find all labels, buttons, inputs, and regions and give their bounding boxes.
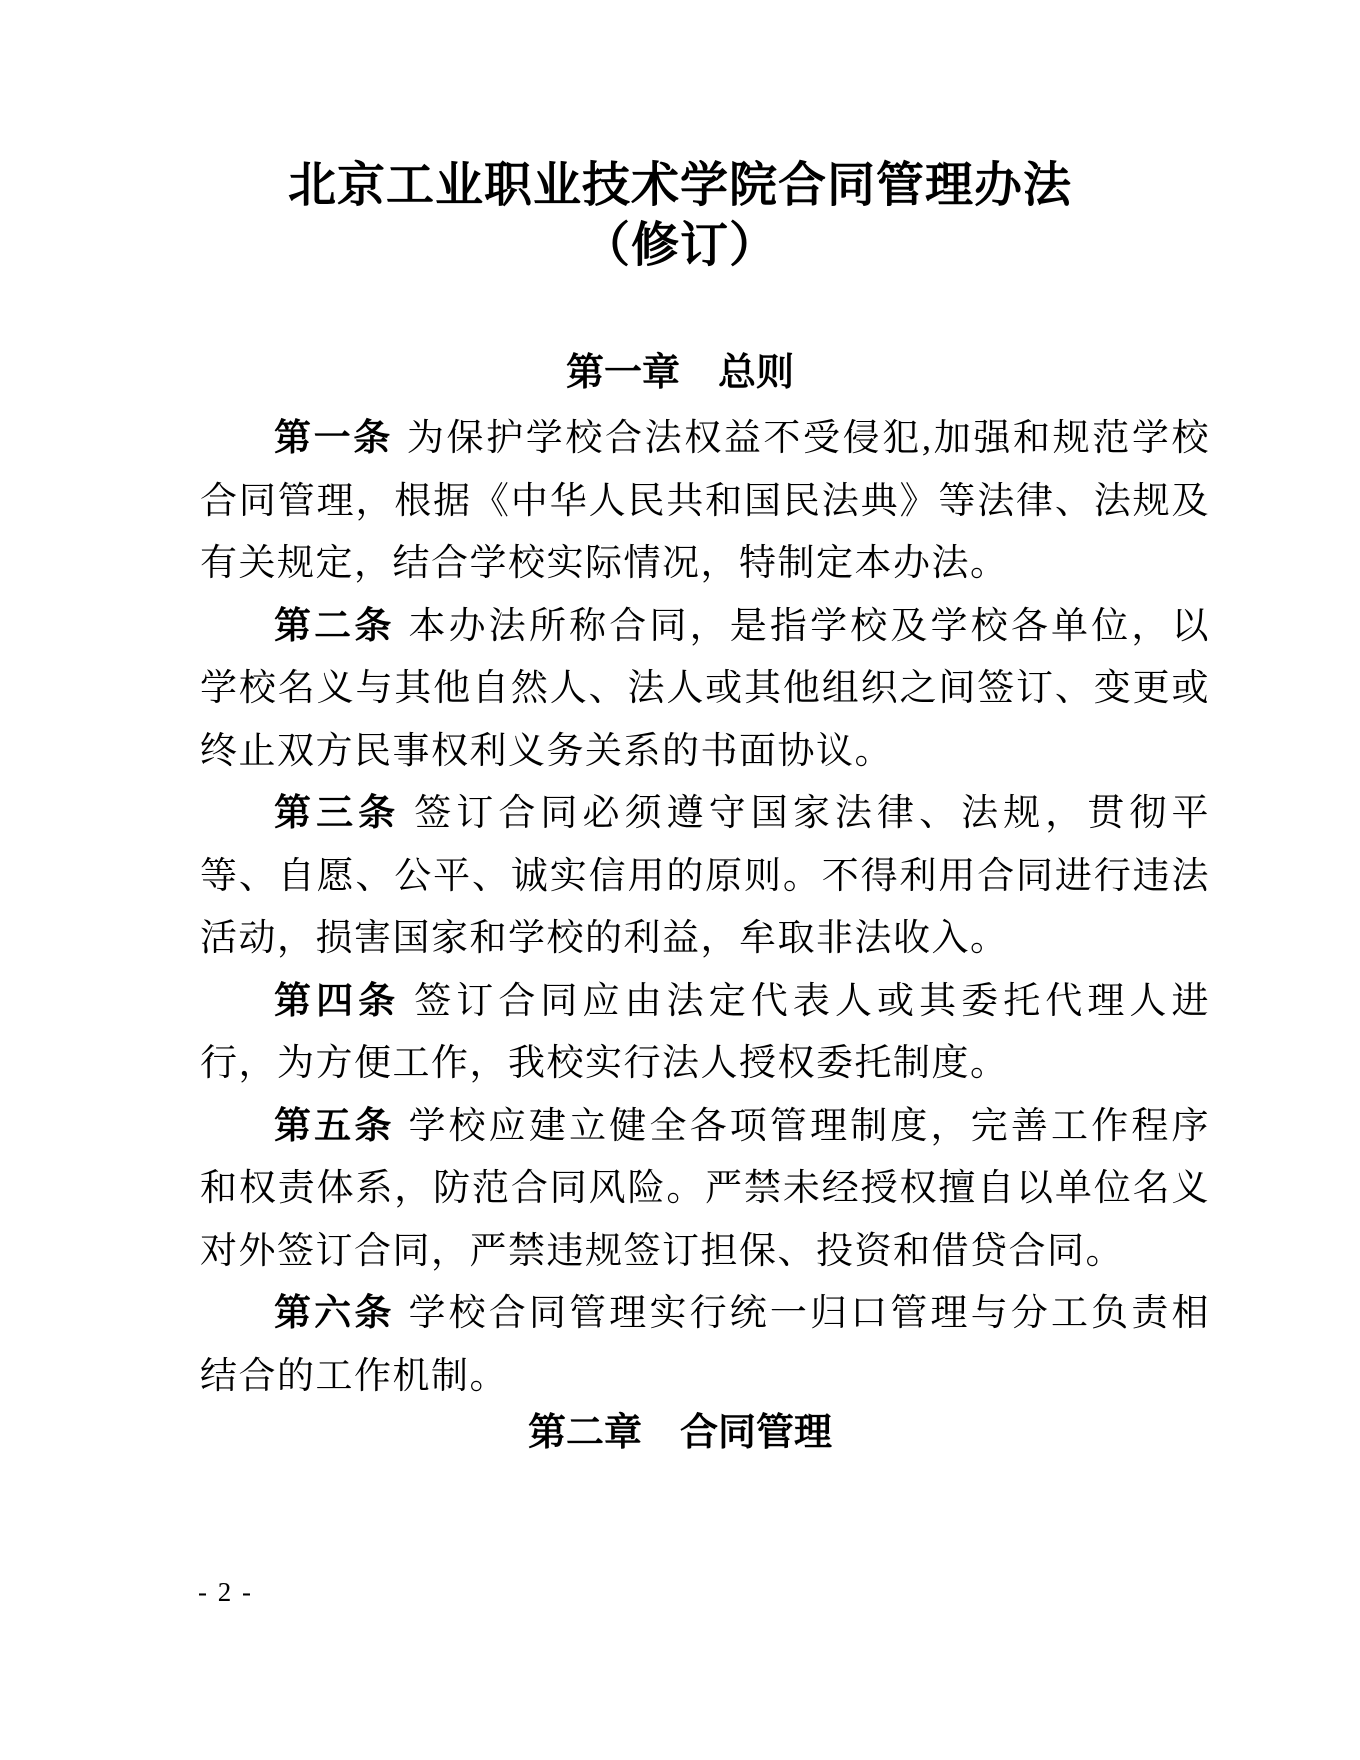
article-3: 第三条签订合同必须遵守国家法律、法规，贯彻平等、自愿、公平、诚实信用的原则。不得…	[200, 783, 1210, 971]
document-title: 北京工业职业技术学院合同管理办法 （修订）	[0, 0, 1360, 276]
page-number: - 2 -	[198, 1577, 253, 1608]
article-6-label: 第六条	[274, 1293, 394, 1334]
article-3-label: 第三条	[274, 793, 400, 834]
article-1: 第一条为保护学校合法权益不受侵犯,加强和规范学校合同管理，根据《中华人民共和国民…	[200, 408, 1210, 596]
article-5: 第五条学校应建立健全各项管理制度，完善工作程序和权责体系，防范合同风险。严禁未经…	[200, 1096, 1210, 1284]
article-5-label: 第五条	[274, 1106, 394, 1147]
chapter-1-title: 总则	[718, 352, 794, 394]
chapter-1-heading: 第一章总则	[0, 350, 1360, 396]
document-title-line2: （修订）	[0, 216, 1360, 276]
chapter-2-number: 第二章	[528, 1412, 642, 1454]
document-body: 第一条为保护学校合法权益不受侵犯,加强和规范学校合同管理，根据《中华人民共和国民…	[200, 408, 1210, 1408]
chapter-1-number: 第一章	[566, 352, 680, 394]
article-4: 第四条签订合同应由法定代表人或其委托代理人进行，为方便工作，我校实行法人授权委托…	[200, 971, 1210, 1096]
chapter-2-heading: 第二章合同管理	[0, 1410, 1360, 1456]
document-page: 北京工业职业技术学院合同管理办法 （修订） 第一章总则 第一条为保护学校合法权益…	[0, 0, 1360, 1760]
article-6: 第六条学校合同管理实行统一归口管理与分工负责相结合的工作机制。	[200, 1283, 1210, 1408]
article-2: 第二条本办法所称合同，是指学校及学校各单位，以学校名义与其他自然人、法人或其他组…	[200, 596, 1210, 784]
article-2-label: 第二条	[274, 606, 394, 647]
article-4-label: 第四条	[274, 981, 400, 1022]
chapter-2-title: 合同管理	[680, 1412, 832, 1454]
document-title-line1: 北京工业职业技术学院合同管理办法	[0, 156, 1360, 216]
article-1-label: 第一条	[274, 418, 393, 459]
